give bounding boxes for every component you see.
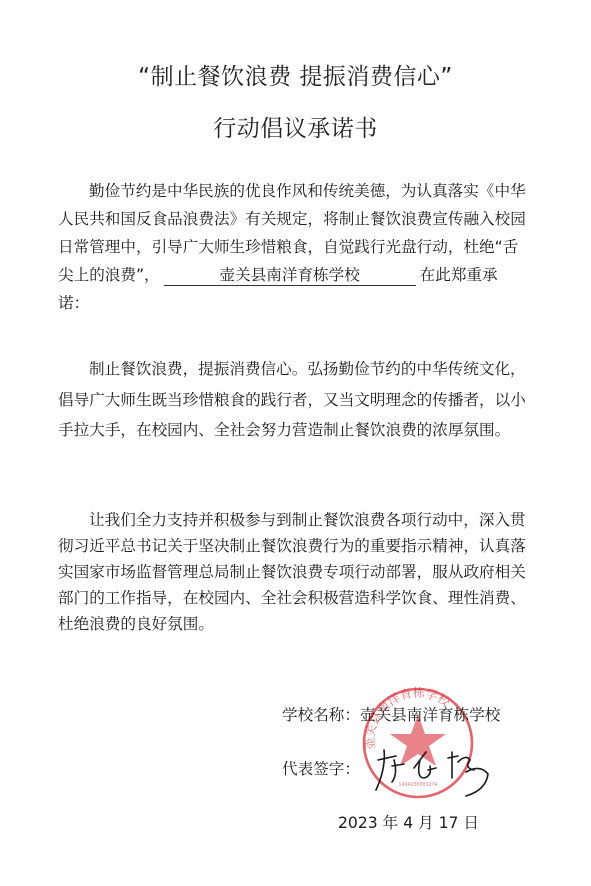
official-stamp: 壶关县南洋育栋学校 1404230001274 (358, 684, 478, 802)
school-name-value: 壶关县南洋育栋学校 (360, 706, 500, 724)
school-name-label: 学校名称： (282, 706, 360, 724)
support-text: 让我们全力支持并积极参与到制止餐饮浪费各项行动中，深入贯彻习近平总书记关于坚决制… (58, 511, 526, 633)
svg-text:1404230001274: 1404230001274 (398, 782, 437, 788)
school-fill-blank: 壶关县南洋育栋学校 (164, 265, 416, 286)
document-title: “制止餐饮浪费 提振消费信心” (0, 58, 591, 91)
representative-label: 代表签字： (282, 760, 360, 778)
document-date: 2023 年 4 月 17 日 (338, 811, 479, 833)
commitment-text: 制止餐饮浪费，提振消费信心。弘扬勤俭节约的中华传统文化，倡导广大师生既当珍惜粮食… (58, 360, 526, 439)
paragraph-commitment: 制止餐饮浪费，提振消费信心。弘扬勤俭节约的中华传统文化，倡导广大师生既当珍惜粮食… (58, 354, 528, 446)
document-subtitle: 行动倡议承诺书 (0, 110, 591, 143)
paragraph-support: 让我们全力支持并积极参与到制止餐饮浪费各项行动中，深入贯彻习近平总书记关于坚决制… (58, 507, 528, 637)
paragraph-intro: 勤俭节约是中华民族的优良作风和传统美德，为认真落实《中华人民共和国反食品浪费法》… (58, 177, 528, 317)
handwritten-signature (370, 738, 500, 798)
representative-row: 代表签字： (282, 757, 360, 779)
school-name-row: 学校名称：壶关县南洋育栋学校 (282, 703, 500, 725)
